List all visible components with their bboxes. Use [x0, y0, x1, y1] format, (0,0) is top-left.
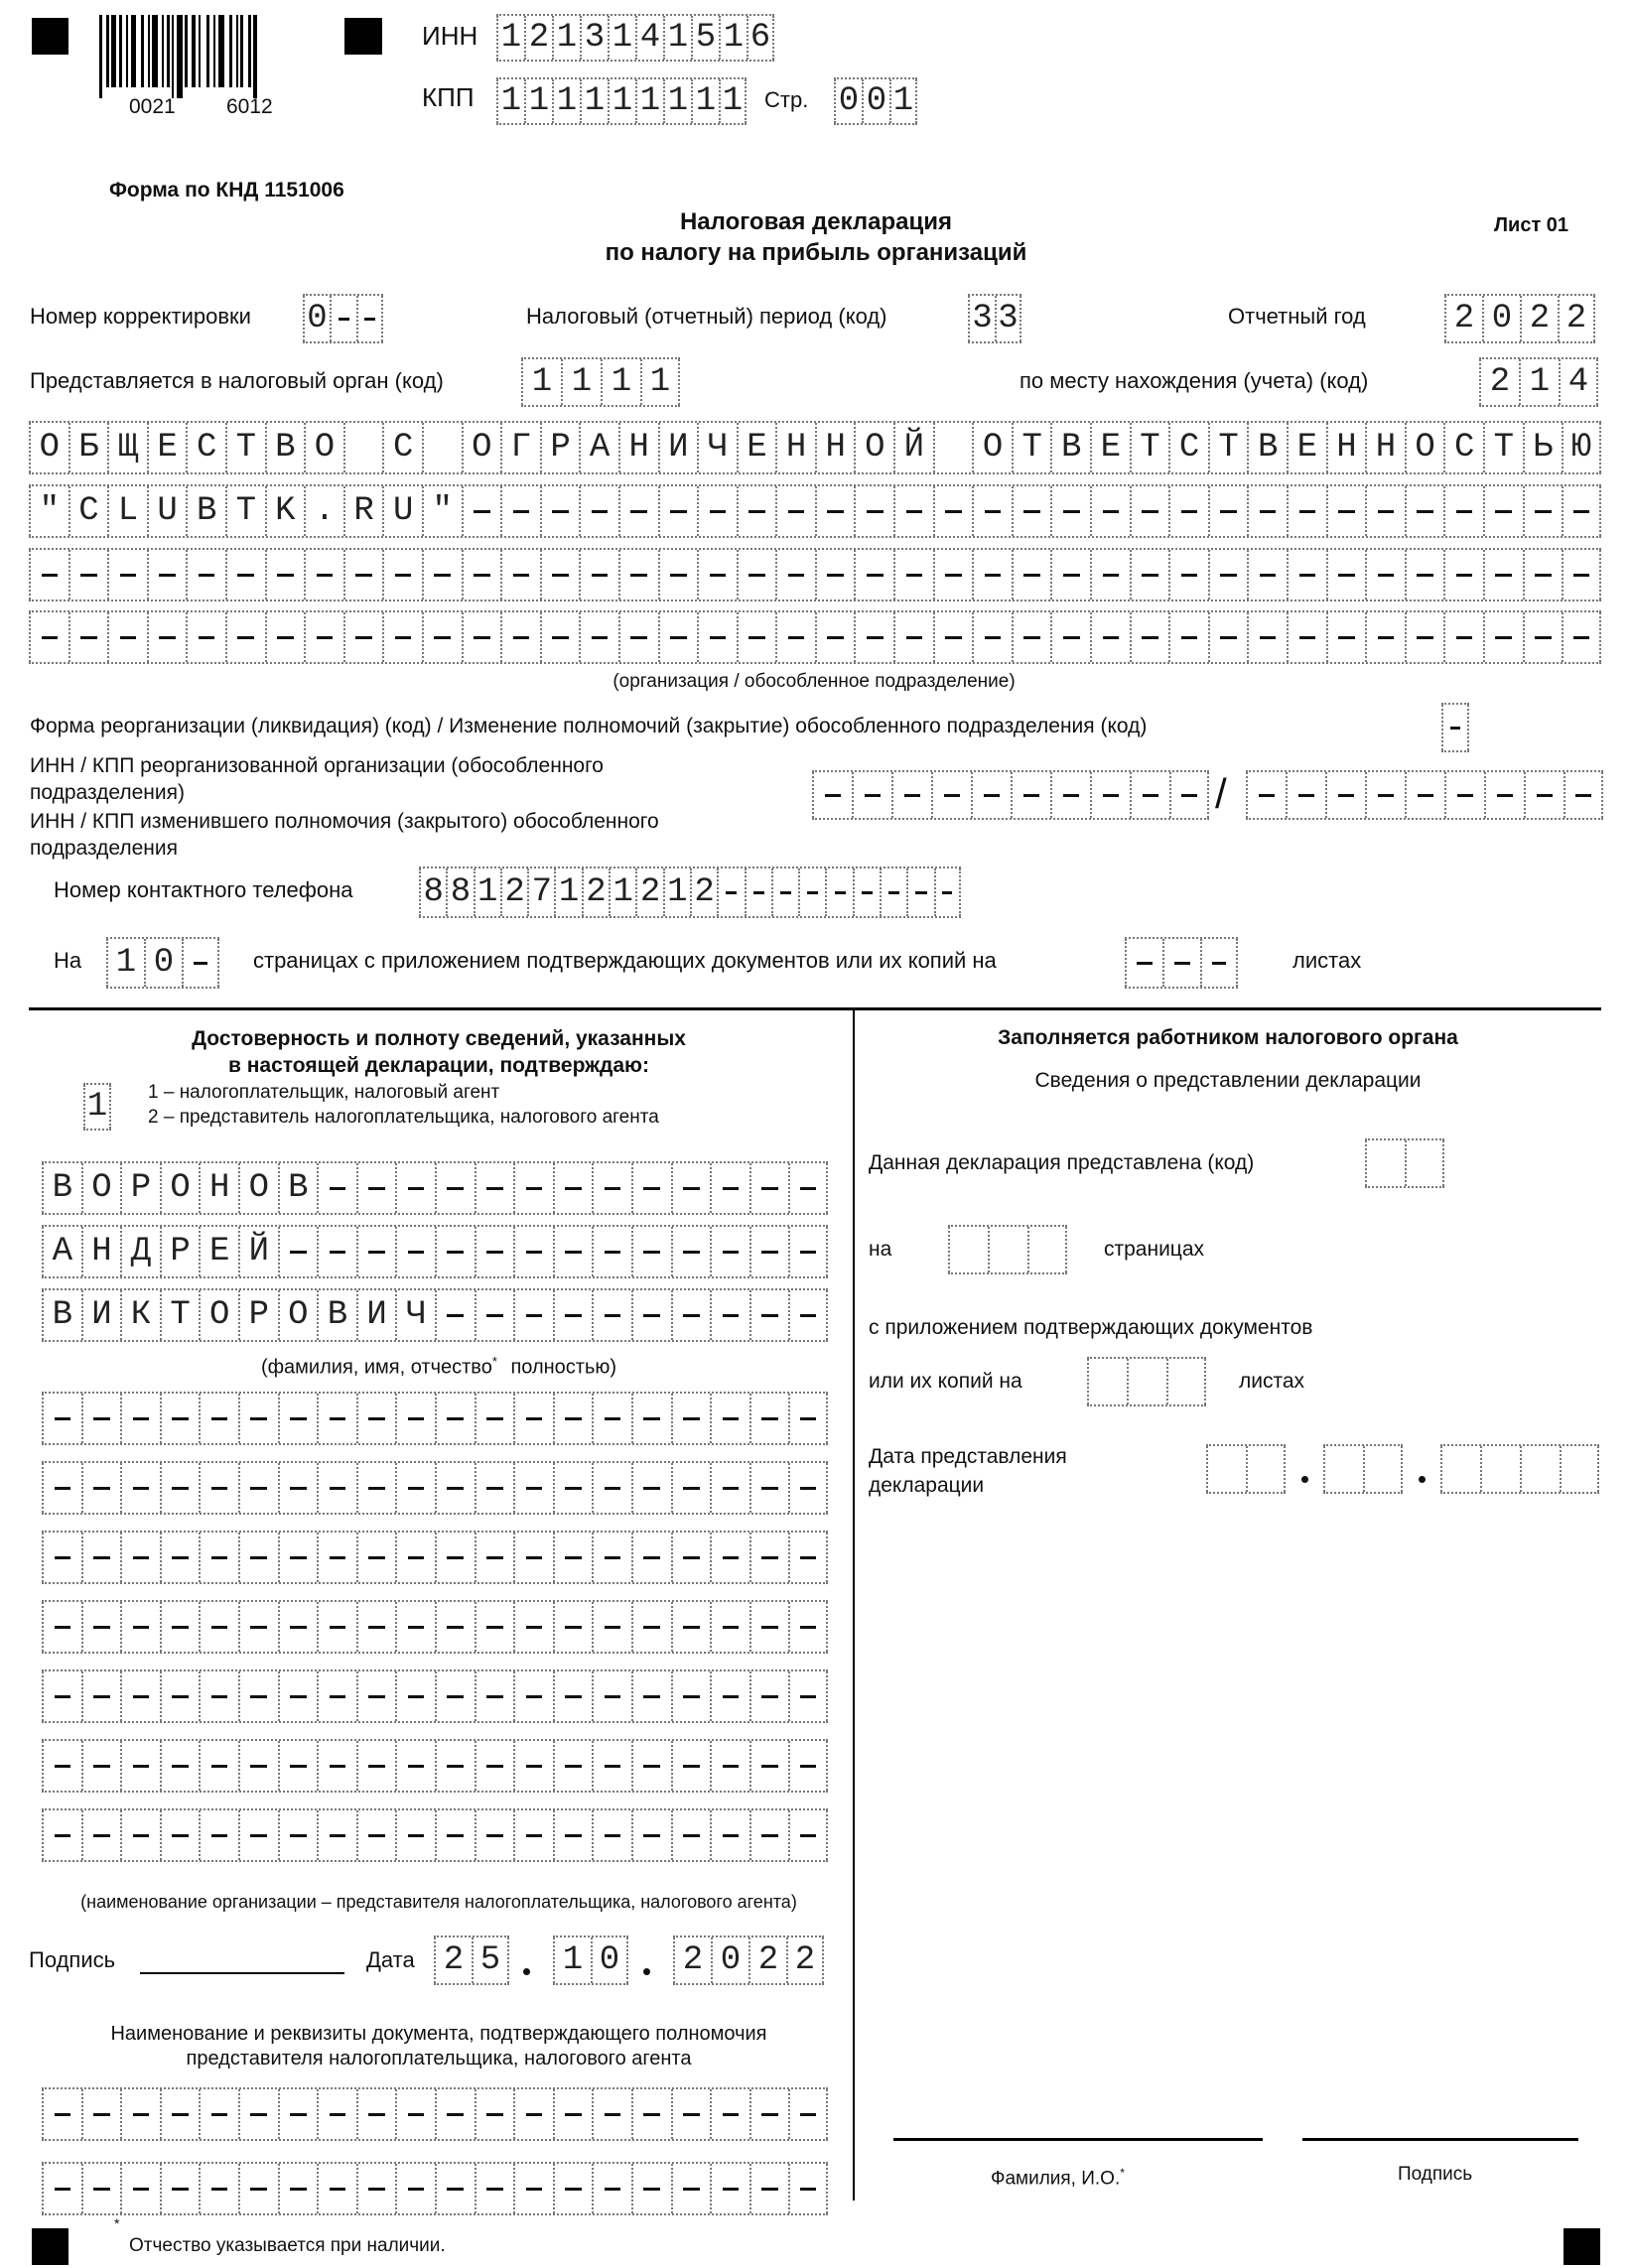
char-cell[interactable]: Т — [160, 1290, 200, 1340]
char-cell[interactable] — [1483, 486, 1523, 536]
char-cell[interactable] — [1130, 550, 1169, 600]
char-cell[interactable] — [1050, 486, 1090, 536]
char-cell[interactable]: А — [42, 1227, 81, 1276]
char-cell[interactable]: . — [304, 486, 343, 536]
char-cell[interactable] — [278, 1602, 318, 1652]
char-cell[interactable] — [356, 1602, 396, 1652]
char-cell[interactable] — [81, 1602, 121, 1652]
char-cell[interactable] — [1247, 550, 1287, 600]
char-cell[interactable] — [1200, 939, 1238, 987]
char-cell[interactable] — [356, 2164, 396, 2213]
char-cell[interactable] — [891, 772, 931, 818]
char-cell[interactable] — [1523, 486, 1563, 536]
char-cell[interactable] — [671, 2089, 711, 2139]
char-cell[interactable] — [513, 1463, 553, 1513]
char-cell[interactable] — [671, 1290, 711, 1340]
char-cell[interactable] — [356, 1533, 396, 1582]
char-cell[interactable] — [199, 1533, 238, 1582]
char-cell[interactable] — [1326, 486, 1366, 536]
char-cell[interactable]: 2 — [500, 868, 527, 916]
char-cell[interactable] — [513, 1533, 553, 1582]
char-cell[interactable] — [435, 1227, 475, 1276]
char-cell[interactable]: 1 — [552, 16, 580, 60]
char-cell[interactable] — [671, 1533, 711, 1582]
char-cell[interactable]: 1 — [691, 79, 719, 123]
char-cell[interactable] — [1050, 772, 1090, 818]
date-day-field[interactable]: 25 — [434, 1935, 509, 1985]
char-cell[interactable] — [147, 612, 187, 662]
char-cell[interactable] — [553, 1671, 593, 1721]
char-cell[interactable] — [435, 1394, 475, 1443]
char-cell[interactable]: 5 — [691, 16, 719, 60]
char-cell[interactable] — [238, 2089, 278, 2139]
char-cell[interactable] — [592, 1463, 631, 1513]
char-cell[interactable]: 1 — [663, 868, 690, 916]
char-cell[interactable] — [42, 1533, 81, 1582]
char-cell[interactable]: Р — [238, 1290, 278, 1340]
char-cell[interactable] — [540, 550, 580, 600]
pages-field[interactable]: 10 — [106, 937, 219, 989]
char-cell[interactable] — [631, 1227, 671, 1276]
char-cell[interactable] — [710, 2164, 749, 2213]
char-cell[interactable]: 1 — [609, 868, 635, 916]
char-cell[interactable] — [710, 1741, 749, 1791]
char-cell[interactable] — [382, 612, 422, 662]
signer-code-field[interactable]: 1 — [83, 1083, 111, 1131]
char-cell[interactable] — [853, 868, 880, 916]
org-name-row[interactable] — [29, 610, 1601, 664]
char-cell[interactable] — [775, 486, 815, 536]
inn-field[interactable]: 1213141516 — [496, 14, 774, 62]
char-cell[interactable]: 1 — [608, 16, 635, 60]
char-cell[interactable]: 2 — [582, 868, 609, 916]
char-cell[interactable] — [671, 1227, 711, 1276]
char-cell[interactable] — [671, 1810, 711, 1860]
char-cell[interactable] — [854, 612, 893, 662]
char-cell[interactable] — [717, 868, 744, 916]
char-cell[interactable]: О — [160, 1163, 200, 1213]
char-cell[interactable]: " — [422, 486, 462, 536]
char-cell[interactable] — [1523, 550, 1563, 600]
char-cell[interactable]: О — [462, 423, 501, 472]
char-cell[interactable] — [1125, 939, 1162, 987]
char-cell[interactable]: Й — [893, 423, 933, 472]
char-cell[interactable] — [317, 1602, 356, 1652]
char-cell[interactable] — [395, 1394, 435, 1443]
char-cell[interactable] — [553, 2089, 593, 2139]
char-cell[interactable]: О — [1405, 423, 1444, 472]
page-field[interactable]: 001 — [834, 77, 917, 125]
char-cell[interactable] — [422, 550, 462, 600]
char-cell[interactable] — [671, 1671, 711, 1721]
char-cell[interactable] — [317, 1533, 356, 1582]
char-cell[interactable]: 1 — [83, 1085, 111, 1129]
char-cell[interactable] — [788, 1602, 828, 1652]
char-cell[interactable] — [1247, 612, 1287, 662]
char-cell[interactable]: 4 — [1559, 359, 1598, 405]
char-cell[interactable] — [160, 1394, 200, 1443]
char-cell[interactable]: Б — [68, 423, 108, 472]
char-cell[interactable]: Т — [1130, 423, 1169, 472]
char-cell[interactable] — [1127, 1359, 1166, 1404]
text-row[interactable] — [42, 1461, 828, 1515]
char-cell[interactable]: 1 — [663, 79, 691, 123]
char-cell[interactable] — [749, 1290, 789, 1340]
tax-pages-field[interactable] — [948, 1225, 1067, 1274]
char-cell[interactable] — [671, 2164, 711, 2213]
char-cell[interactable]: Н — [618, 423, 658, 472]
char-cell[interactable]: B — [186, 486, 225, 536]
char-cell[interactable] — [1206, 1446, 1246, 1492]
char-cell[interactable] — [42, 1394, 81, 1443]
char-cell[interactable] — [893, 612, 933, 662]
char-cell[interactable] — [749, 2164, 789, 2213]
char-cell[interactable]: 1 — [1519, 359, 1559, 405]
char-cell[interactable] — [931, 772, 971, 818]
char-cell[interactable] — [1087, 1359, 1127, 1404]
char-cell[interactable] — [513, 2089, 553, 2139]
char-cell[interactable] — [788, 1394, 828, 1443]
char-cell[interactable] — [658, 612, 698, 662]
char-cell[interactable] — [1562, 550, 1601, 600]
char-cell[interactable] — [68, 550, 108, 600]
char-cell[interactable] — [435, 1533, 475, 1582]
char-cell[interactable]: Т — [1012, 423, 1051, 472]
char-cell[interactable] — [238, 1810, 278, 1860]
char-cell[interactable] — [395, 1671, 435, 1721]
char-cell[interactable]: Е — [1287, 423, 1326, 472]
char-cell[interactable] — [475, 1810, 514, 1860]
char-cell[interactable]: В — [317, 1290, 356, 1340]
char-cell[interactable] — [1169, 772, 1209, 818]
char-cell[interactable] — [395, 1741, 435, 1791]
char-cell[interactable] — [395, 1463, 435, 1513]
char-cell[interactable] — [160, 2164, 200, 2213]
char-cell[interactable] — [749, 1741, 789, 1791]
char-cell[interactable]: 1 — [608, 79, 635, 123]
char-cell[interactable] — [356, 296, 383, 341]
char-cell[interactable]: 2 — [748, 1937, 786, 1983]
char-cell[interactable] — [788, 1227, 828, 1276]
char-cell[interactable]: И — [356, 1290, 396, 1340]
char-cell[interactable] — [356, 1671, 396, 1721]
char-cell[interactable]: 2 — [673, 1937, 711, 1983]
char-cell[interactable] — [710, 1810, 749, 1860]
char-cell[interactable] — [475, 1533, 514, 1582]
char-cell[interactable]: Е — [199, 1227, 238, 1276]
char-cell[interactable]: 1 — [552, 79, 580, 123]
char-cell[interactable] — [631, 2164, 671, 2213]
char-cell[interactable] — [500, 612, 540, 662]
char-cell[interactable] — [435, 1741, 475, 1791]
char-cell[interactable]: 3 — [995, 296, 1021, 341]
char-cell[interactable] — [513, 1227, 553, 1276]
char-cell[interactable] — [1405, 612, 1444, 662]
char-cell[interactable]: А — [579, 423, 618, 472]
char-cell[interactable]: 0 — [303, 296, 330, 341]
char-cell[interactable] — [422, 612, 462, 662]
text-row[interactable] — [42, 1600, 828, 1654]
char-cell[interactable] — [513, 1163, 553, 1213]
char-cell[interactable] — [278, 2089, 318, 2139]
fio-surname-row[interactable]: ВОРОНОВ — [42, 1161, 828, 1215]
char-cell[interactable] — [1130, 486, 1169, 536]
char-cell[interactable] — [304, 550, 343, 600]
char-cell[interactable] — [749, 1227, 789, 1276]
char-cell[interactable] — [356, 1163, 396, 1213]
char-cell[interactable] — [749, 2089, 789, 2139]
char-cell[interactable]: В — [1247, 423, 1287, 472]
char-cell[interactable] — [238, 1394, 278, 1443]
char-cell[interactable] — [1027, 1227, 1067, 1272]
char-cell[interactable]: 4 — [635, 16, 663, 60]
char-cell[interactable]: 1 — [521, 359, 561, 405]
char-cell[interactable] — [1011, 772, 1050, 818]
char-cell[interactable] — [1562, 612, 1601, 662]
char-cell[interactable]: 2 — [690, 868, 717, 916]
char-cell[interactable] — [81, 1394, 121, 1443]
char-cell[interactable] — [81, 2089, 121, 2139]
char-cell[interactable] — [475, 1290, 514, 1340]
char-cell[interactable] — [553, 1227, 593, 1276]
char-cell[interactable]: U — [147, 486, 187, 536]
reorg-inn-field[interactable] — [812, 770, 1209, 820]
char-cell[interactable] — [42, 1810, 81, 1860]
tax-signature-line[interactable] — [1302, 2138, 1578, 2141]
char-cell[interactable] — [1050, 612, 1090, 662]
char-cell[interactable] — [775, 550, 815, 600]
char-cell[interactable] — [671, 1741, 711, 1791]
char-cell[interactable] — [1483, 612, 1523, 662]
tax-date-year-field[interactable] — [1440, 1444, 1599, 1494]
char-cell[interactable]: Н — [81, 1227, 121, 1276]
char-cell[interactable] — [147, 550, 187, 600]
char-cell[interactable] — [395, 1810, 435, 1860]
org-name-row[interactable]: "CLUBTK.RU" — [29, 484, 1601, 538]
char-cell[interactable] — [1208, 550, 1248, 600]
char-cell[interactable] — [29, 612, 68, 662]
char-cell[interactable] — [906, 868, 933, 916]
char-cell[interactable] — [199, 1463, 238, 1513]
char-cell[interactable]: 0 — [711, 1937, 748, 1983]
char-cell[interactable] — [749, 1463, 789, 1513]
char-cell[interactable] — [948, 1227, 988, 1272]
char-cell[interactable]: Р — [120, 1163, 160, 1213]
char-cell[interactable]: О — [304, 423, 343, 472]
char-cell[interactable] — [120, 1394, 160, 1443]
char-cell[interactable]: Т — [1483, 423, 1523, 472]
char-cell[interactable]: K — [265, 486, 305, 536]
char-cell[interactable] — [815, 550, 855, 600]
char-cell[interactable] — [710, 1602, 749, 1652]
char-cell[interactable] — [42, 1602, 81, 1652]
char-cell[interactable] — [1520, 1446, 1560, 1492]
char-cell[interactable] — [749, 1394, 789, 1443]
char-cell[interactable] — [395, 1163, 435, 1213]
char-cell[interactable]: В — [265, 423, 305, 472]
char-cell[interactable] — [1560, 1446, 1599, 1492]
char-cell[interactable] — [317, 1810, 356, 1860]
char-cell[interactable]: Е — [737, 423, 776, 472]
char-cell[interactable]: О — [199, 1290, 238, 1340]
char-cell[interactable] — [671, 1163, 711, 1213]
char-cell[interactable] — [513, 1810, 553, 1860]
char-cell[interactable] — [1286, 772, 1325, 818]
char-cell[interactable] — [160, 1741, 200, 1791]
char-cell[interactable] — [825, 868, 852, 916]
char-cell[interactable] — [475, 1602, 514, 1652]
char-cell[interactable] — [513, 1394, 553, 1443]
char-cell[interactable] — [317, 1671, 356, 1721]
reorg-form-field[interactable] — [1441, 703, 1469, 752]
char-cell[interactable] — [29, 550, 68, 600]
char-cell[interactable] — [1443, 550, 1483, 600]
char-cell[interactable]: Щ — [107, 423, 147, 472]
char-cell[interactable] — [186, 550, 225, 600]
phone-field[interactable]: 88127121212 — [419, 867, 961, 918]
char-cell[interactable]: 1 — [106, 939, 144, 987]
char-cell[interactable] — [238, 1602, 278, 1652]
char-cell[interactable] — [592, 1602, 631, 1652]
text-row[interactable] — [42, 2162, 828, 2215]
char-cell[interactable] — [317, 1163, 356, 1213]
char-cell[interactable] — [475, 1671, 514, 1721]
char-cell[interactable] — [988, 1227, 1027, 1272]
char-cell[interactable] — [1405, 486, 1444, 536]
char-cell[interactable]: 6 — [747, 16, 774, 60]
char-cell[interactable] — [710, 1290, 749, 1340]
char-cell[interactable] — [788, 1810, 828, 1860]
tax-sheets-field[interactable] — [1087, 1357, 1206, 1406]
text-row[interactable] — [42, 1669, 828, 1723]
char-cell[interactable] — [107, 550, 147, 600]
char-cell[interactable] — [1524, 772, 1564, 818]
char-cell[interactable] — [1287, 550, 1326, 600]
char-cell[interactable] — [120, 1463, 160, 1513]
char-cell[interactable] — [81, 1533, 121, 1582]
char-cell[interactable]: 1 — [553, 1937, 591, 1983]
char-cell[interactable] — [1405, 1140, 1444, 1186]
char-cell[interactable] — [1130, 612, 1169, 662]
char-cell[interactable] — [278, 1671, 318, 1721]
char-cell[interactable] — [317, 2164, 356, 2213]
char-cell[interactable]: 1 — [561, 359, 601, 405]
char-cell[interactable] — [631, 1290, 671, 1340]
char-cell[interactable] — [513, 1741, 553, 1791]
char-cell[interactable] — [513, 1602, 553, 1652]
char-cell[interactable] — [1050, 550, 1090, 600]
char-cell[interactable] — [278, 1463, 318, 1513]
org-name-row[interactable]: ОБЩЕСТВО С ОГРАНИЧЕННОЙ ОТВЕТСТВЕННОСТЬЮ — [29, 421, 1601, 474]
char-cell[interactable] — [1365, 612, 1405, 662]
char-cell[interactable]: Т — [225, 423, 265, 472]
char-cell[interactable] — [475, 2164, 514, 2213]
char-cell[interactable] — [592, 1671, 631, 1721]
char-cell[interactable] — [631, 1810, 671, 1860]
char-cell[interactable] — [1012, 550, 1051, 600]
char-cell[interactable] — [749, 1533, 789, 1582]
char-cell[interactable] — [749, 1163, 789, 1213]
char-cell[interactable] — [618, 486, 658, 536]
period-field[interactable]: 33 — [968, 294, 1021, 343]
char-cell[interactable] — [513, 1290, 553, 1340]
char-cell[interactable] — [160, 2089, 200, 2139]
char-cell[interactable]: С — [1443, 423, 1483, 472]
char-cell[interactable] — [120, 1602, 160, 1652]
char-cell[interactable] — [1363, 1446, 1403, 1492]
char-cell[interactable] — [737, 550, 776, 600]
char-cell[interactable] — [852, 772, 891, 818]
char-cell[interactable] — [671, 1394, 711, 1443]
date-year-field[interactable]: 2022 — [673, 1935, 824, 1985]
char-cell[interactable]: T — [225, 486, 265, 536]
char-cell[interactable] — [356, 2089, 396, 2139]
text-row[interactable] — [42, 1531, 828, 1584]
char-cell[interactable] — [1090, 772, 1130, 818]
char-cell[interactable] — [553, 1602, 593, 1652]
char-cell[interactable] — [1287, 486, 1326, 536]
signature-line[interactable] — [140, 1972, 344, 1974]
char-cell[interactable] — [42, 1671, 81, 1721]
char-cell[interactable] — [1326, 550, 1366, 600]
char-cell[interactable]: Д — [120, 1227, 160, 1276]
char-cell[interactable] — [513, 1671, 553, 1721]
char-cell[interactable]: 1 — [554, 868, 581, 916]
char-cell[interactable] — [788, 1533, 828, 1582]
char-cell[interactable] — [1012, 486, 1051, 536]
char-cell[interactable] — [710, 1163, 749, 1213]
char-cell[interactable] — [1287, 612, 1326, 662]
char-cell[interactable] — [1440, 1446, 1480, 1492]
kpp-field[interactable]: 111111111 — [496, 77, 747, 125]
char-cell[interactable] — [697, 486, 737, 536]
char-cell[interactable] — [631, 2089, 671, 2139]
char-cell[interactable]: 1 — [663, 16, 691, 60]
char-cell[interactable] — [971, 772, 1011, 818]
char-cell[interactable] — [737, 486, 776, 536]
char-cell[interactable] — [81, 1741, 121, 1791]
char-cell[interactable]: L — [107, 486, 147, 536]
char-cell[interactable] — [933, 612, 973, 662]
char-cell[interactable] — [199, 1394, 238, 1443]
char-cell[interactable]: С — [186, 423, 225, 472]
char-cell[interactable] — [631, 1741, 671, 1791]
char-cell[interactable] — [1483, 550, 1523, 600]
char-cell[interactable]: 1 — [719, 16, 747, 60]
char-cell[interactable] — [278, 2164, 318, 2213]
char-cell[interactable]: 0 — [1482, 296, 1520, 341]
char-cell[interactable] — [317, 2089, 356, 2139]
char-cell[interactable] — [579, 550, 618, 600]
char-cell[interactable] — [160, 1463, 200, 1513]
char-cell[interactable]: О — [29, 423, 68, 472]
char-cell[interactable] — [1564, 772, 1603, 818]
char-cell[interactable]: Ч — [395, 1290, 435, 1340]
tax-date-day-field[interactable] — [1206, 1444, 1286, 1494]
char-cell[interactable] — [1443, 612, 1483, 662]
char-cell[interactable] — [893, 550, 933, 600]
char-cell[interactable] — [815, 486, 855, 536]
char-cell[interactable] — [710, 1533, 749, 1582]
char-cell[interactable] — [771, 868, 798, 916]
char-cell[interactable]: 2 — [524, 16, 552, 60]
char-cell[interactable] — [317, 1394, 356, 1443]
char-cell[interactable] — [1365, 550, 1405, 600]
char-cell[interactable]: R — [343, 486, 383, 536]
char-cell[interactable] — [631, 1163, 671, 1213]
char-cell[interactable] — [710, 1463, 749, 1513]
char-cell[interactable]: Р — [540, 423, 580, 472]
